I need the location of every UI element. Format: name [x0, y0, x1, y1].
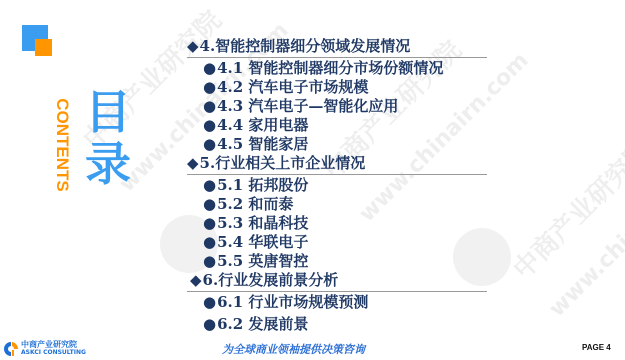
footer-brand: 中商产业研究院 ASKCI CONSULTING [21, 340, 86, 357]
bullet-icon: ● [203, 97, 216, 115]
divider [187, 174, 487, 175]
contents-label: CONTENTS [52, 90, 72, 200]
toc-item-label: 5.2 和而泰 [217, 195, 293, 213]
watermark-url: www.chinairn.com [545, 143, 625, 322]
diamond-icon: ◆ [190, 271, 202, 289]
toc-item[interactable]: ●6.2 发展前景 [187, 315, 487, 334]
bullet-icon: ● [203, 78, 216, 96]
brand-name-cn: 中商产业研究院 [21, 340, 86, 349]
footer-slogan: 为全球商业领袖提供决策咨询 [222, 341, 365, 357]
watermark-text: 中商产业研究院 [504, 131, 625, 286]
toc-item[interactable]: ●4.4 家用电器 [187, 116, 487, 135]
toc-section[interactable]: ◆5.行业相关上市企业情况 [187, 154, 487, 173]
bullet-icon: ● [203, 293, 216, 311]
diamond-icon: ◆ [187, 37, 199, 55]
decor-square-orange [35, 39, 52, 56]
toc-item-label: 4.4 家用电器 [217, 116, 308, 134]
bullet-icon: ● [203, 176, 216, 194]
page-title: 目录 [83, 86, 133, 190]
toc-item-label: 5.1 拓邦股份 [217, 176, 308, 194]
bullet-icon: ● [203, 195, 216, 213]
toc-item[interactable]: ●4.1 智能控制器细分市场份额情况 [187, 59, 487, 78]
toc-item-label: 4.3 汽车电子—智能化应用 [217, 97, 398, 115]
divider [187, 291, 487, 292]
toc-section-label: 6.行业发展前景分析 [203, 271, 339, 289]
toc-section[interactable]: ◆6.行业发展前景分析 [187, 271, 487, 290]
toc-section[interactable]: ◆4.智能控制器细分领域发展情况 [187, 37, 487, 56]
toc-item[interactable]: ●5.2 和而泰 [187, 195, 487, 214]
toc-section-label: 5.行业相关上市企业情况 [200, 154, 366, 172]
toc-item[interactable]: ●6.1 行业市场规模预测 [187, 293, 487, 312]
divider [187, 57, 487, 58]
table-of-contents: ◆4.智能控制器细分领域发展情况 ●4.1 智能控制器细分市场份额情况 ●4.2… [187, 37, 487, 334]
bullet-icon: ● [203, 315, 216, 333]
bullet-icon: ● [203, 214, 216, 232]
bullet-icon: ● [203, 59, 216, 77]
toc-item-label: 5.4 华联电子 [217, 233, 308, 251]
toc-item-label: 4.5 智能家居 [217, 135, 308, 153]
bullet-icon: ● [203, 252, 216, 270]
bullet-icon: ● [203, 116, 216, 134]
toc-item-label: 5.5 英唐智控 [217, 252, 308, 270]
toc-section-label: 4.智能控制器细分领域发展情况 [200, 37, 411, 55]
toc-item-label: 4.2 汽车电子市场规模 [217, 78, 368, 96]
bullet-icon: ● [203, 135, 216, 153]
toc-item[interactable]: ●5.1 拓邦股份 [187, 176, 487, 195]
bullet-icon: ● [203, 233, 216, 251]
brand-name-en: ASKCI CONSULTING [21, 349, 86, 357]
toc-item[interactable]: ●4.2 汽车电子市场规模 [187, 78, 487, 97]
toc-item[interactable]: ●4.3 汽车电子—智能化应用 [187, 97, 487, 116]
toc-item-label: 4.1 智能控制器细分市场份额情况 [217, 59, 443, 77]
toc-item-label: 6.1 行业市场规模预测 [217, 293, 368, 311]
toc-item[interactable]: ●5.3 和晶科技 [187, 214, 487, 233]
toc-item[interactable]: ●5.5 英唐智控 [187, 252, 487, 271]
toc-item-label: 6.2 发展前景 [217, 315, 308, 333]
page-number: PAGE 4 [582, 343, 611, 352]
toc-item[interactable]: ●4.5 智能家居 [187, 135, 487, 154]
brand-logo-icon [3, 341, 19, 357]
toc-item-label: 5.3 和晶科技 [217, 214, 308, 232]
diamond-icon: ◆ [187, 154, 199, 172]
toc-item[interactable]: ●5.4 华联电子 [187, 233, 487, 252]
